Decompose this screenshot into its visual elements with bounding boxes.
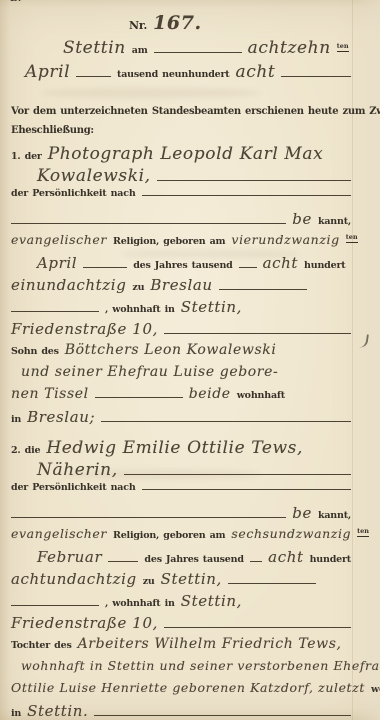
form-line: Nr.167.	[8, 12, 354, 38]
form-line: bekannt,	[8, 504, 354, 526]
superscript-suffix: ten	[357, 527, 369, 537]
blank-rule	[11, 311, 99, 312]
handwritten-text: Stettin	[63, 38, 126, 58]
form-line: Näherin,	[8, 460, 354, 482]
form-line: bekannt,	[8, 210, 354, 232]
superscript-suffix: ten	[337, 42, 349, 52]
blank-rule	[250, 561, 262, 562]
blank-rule	[83, 267, 127, 268]
handwritten-text: Näherin,	[37, 460, 118, 480]
intro-clause-block: Vor dem unterzeichneten Standesbeamten e…	[8, 106, 354, 144]
registry-document-page: { "page": { "paper_color": "#efe5cd", "p…	[0, 0, 380, 720]
form-line: Eheschließung:	[8, 125, 354, 144]
handwritten-text: wohnhaft in Stettin und seiner verstorbe…	[21, 658, 380, 673]
handwritten-text: April	[25, 62, 70, 82]
handwritten-text: evangelischer	[11, 232, 107, 247]
printed-text: Religion, geboren am	[113, 530, 225, 541]
printed-text: des Jahres tausend	[133, 260, 232, 271]
blank-rule	[164, 333, 351, 334]
blank-rule	[219, 289, 307, 290]
blank-rule	[157, 180, 351, 181]
form-line: achtundachtzigzuStettin,	[8, 570, 354, 592]
printed-text: Eheschließung:	[11, 125, 94, 136]
handwritten-text: Friedenstraße 10,	[11, 320, 158, 338]
blank-rule	[101, 421, 351, 422]
printed-text: tausend neunhundert	[117, 69, 229, 80]
printed-text: kannt,	[318, 510, 351, 521]
form-line: Friedenstraße 10,	[8, 614, 354, 636]
handwritten-text: Arbeiters Wilhelm Friedrich Tews,	[78, 636, 342, 652]
form-line: , wohnhaft inStettin,	[8, 298, 354, 320]
printed-text: hundert	[310, 554, 351, 565]
form-line: Friedenstraße 10,	[8, 320, 354, 342]
blank-rule	[11, 223, 286, 224]
blank-rule	[142, 195, 351, 196]
handwritten-text: acht	[263, 254, 298, 272]
handwritten-text: beide	[189, 386, 231, 402]
form-line: der Persönlichkeit nach	[8, 482, 354, 504]
form-line: Tochter desArbeiters Wilhelm Friedrich T…	[8, 636, 354, 658]
handwritten-text: Stettin,	[181, 592, 242, 610]
printed-text: der Persönlichkeit nach	[11, 482, 136, 493]
printed-text: hundert	[304, 260, 345, 271]
blank-rule	[228, 583, 316, 584]
bride-section: 2. dieHedwig Emilie Ottilie Tews,Näherin…	[8, 438, 354, 720]
handwritten-text: Breslau;	[27, 408, 95, 426]
handwritten-text: sechsundzwanzig	[231, 526, 351, 541]
handwritten-text: Stettin.	[27, 702, 88, 720]
form-line: inStettin.	[8, 702, 354, 720]
form-line: inBreslau;	[8, 408, 354, 430]
handwritten-text: achtzehn	[248, 38, 331, 58]
form-line: evangelischerReligion, geboren amvierund…	[8, 232, 354, 254]
blank-rule	[239, 267, 257, 268]
form-line: Stettinamachtzehnten	[8, 38, 354, 62]
blank-rule	[164, 627, 351, 628]
form-line: Vor dem unterzeichneten Standesbeamten e…	[8, 106, 354, 125]
handwritten-text: und seiner Ehefrau Luise gebore-	[21, 364, 278, 380]
handwritten-text: April	[37, 254, 77, 272]
printed-text: zu	[132, 282, 144, 293]
printed-text: des Jahres tausend	[144, 554, 243, 565]
blank-rule	[154, 52, 242, 53]
handwritten-text: nen Tissel	[11, 386, 89, 402]
form-line: nen Tisselbeidewohnhaft	[8, 386, 354, 408]
printed-text: Nr.	[129, 19, 147, 32]
printed-text: 2. die	[11, 445, 40, 456]
form-line: Ottilie Luise Henriette geborenen Katzdo…	[8, 680, 354, 702]
handwritten-text: Breslau	[150, 276, 212, 294]
printed-text: wohnhaft	[237, 390, 285, 401]
form-line: einundachtzigzuBreslau	[8, 276, 354, 298]
form-line: wohnhaft in Stettin und seiner verstorbe…	[8, 658, 354, 680]
form-line: Sohn desBöttchers Leon Kowalewski	[8, 342, 354, 364]
handwritten-text: Stettin,	[161, 570, 222, 588]
printed-text: Religion, geboren am	[113, 236, 225, 247]
form-line: Aprildes Jahres tausendachthundert	[8, 254, 354, 276]
groom-section: 1. derPhotograph Leopold Karl MaxKowalew…	[8, 144, 354, 430]
printed-text: zu	[143, 576, 155, 587]
form-line: evangelischerReligion, geboren amsechsun…	[8, 526, 354, 548]
handwritten-text: Friedenstraße 10,	[11, 614, 158, 632]
printed-text: , wohnhaft in	[105, 304, 175, 315]
handwritten-text: Kowalewski,	[37, 166, 151, 186]
handwritten-text: achtundachtzig	[11, 570, 137, 588]
printed-text: , wohnhaft in	[105, 598, 175, 609]
handwritten-text: acht	[268, 548, 303, 566]
blank-rule	[76, 76, 111, 77]
printed-text: kannt,	[318, 216, 351, 227]
printed-text: Tochter des	[11, 640, 72, 651]
printed-text: Sohn des	[11, 346, 59, 357]
blank-rule	[281, 76, 351, 77]
form-line: und seiner Ehefrau Luise gebore-	[8, 364, 354, 386]
document-body: Nr.167.StettinamachtzehntenApriltausend …	[0, 6, 380, 720]
header-date-block: Nr.167.StettinamachtzehntenApriltausend …	[8, 12, 354, 86]
blank-rule	[95, 397, 183, 398]
handwritten-text: 167.	[153, 12, 202, 34]
handwritten-text: einundachtzig	[11, 276, 126, 294]
handwritten-text: vierundzwanzig	[231, 232, 339, 247]
blank-rule	[94, 715, 351, 716]
handwritten-text: evangelischer	[11, 526, 107, 541]
blank-rule	[124, 474, 351, 475]
handwritten-text: be	[292, 504, 312, 522]
printed-text: wohnhaft	[371, 684, 380, 695]
blank-rule	[108, 561, 138, 562]
form-line: 1. derPhotograph Leopold Karl Max	[8, 144, 354, 166]
handwritten-text: Böttchers Leon Kowalewski	[65, 342, 277, 358]
superscript-suffix: ten	[346, 233, 358, 243]
handwritten-text: acht	[235, 62, 275, 82]
printed-text: 1. der	[11, 151, 42, 162]
printed-text: der Persönlichkeit nach	[11, 188, 136, 199]
blank-rule	[11, 605, 99, 606]
handwritten-text: Ottilie Luise Henriette geborenen Katzdo…	[11, 680, 365, 695]
blank-rule	[11, 517, 286, 518]
form-line: Kowalewski,	[8, 166, 354, 188]
form-line: 2. dieHedwig Emilie Ottilie Tews,	[8, 438, 354, 460]
form-corner-letter: B.	[10, 0, 21, 4]
handwritten-text: be	[292, 210, 312, 228]
blank-rule	[142, 489, 351, 490]
handwritten-text: Photograph Leopold Karl Max	[48, 144, 324, 164]
handwritten-text: Hedwig Emilie Ottilie Tews,	[46, 438, 303, 458]
handwritten-text: Stettin,	[181, 298, 242, 316]
printed-text: Vor dem unterzeichneten Standesbeamten e…	[11, 106, 380, 117]
form-line: Februardes Jahres tausendachthundert	[8, 548, 354, 570]
form-line: Apriltausend neunhundertacht	[8, 62, 354, 86]
form-line: der Persönlichkeit nach	[8, 188, 354, 210]
form-line: , wohnhaft inStettin,	[8, 592, 354, 614]
handwritten-text: Februar	[37, 548, 102, 566]
printed-text: am	[132, 45, 148, 56]
printed-text: in	[11, 708, 21, 719]
printed-text: in	[11, 414, 21, 425]
